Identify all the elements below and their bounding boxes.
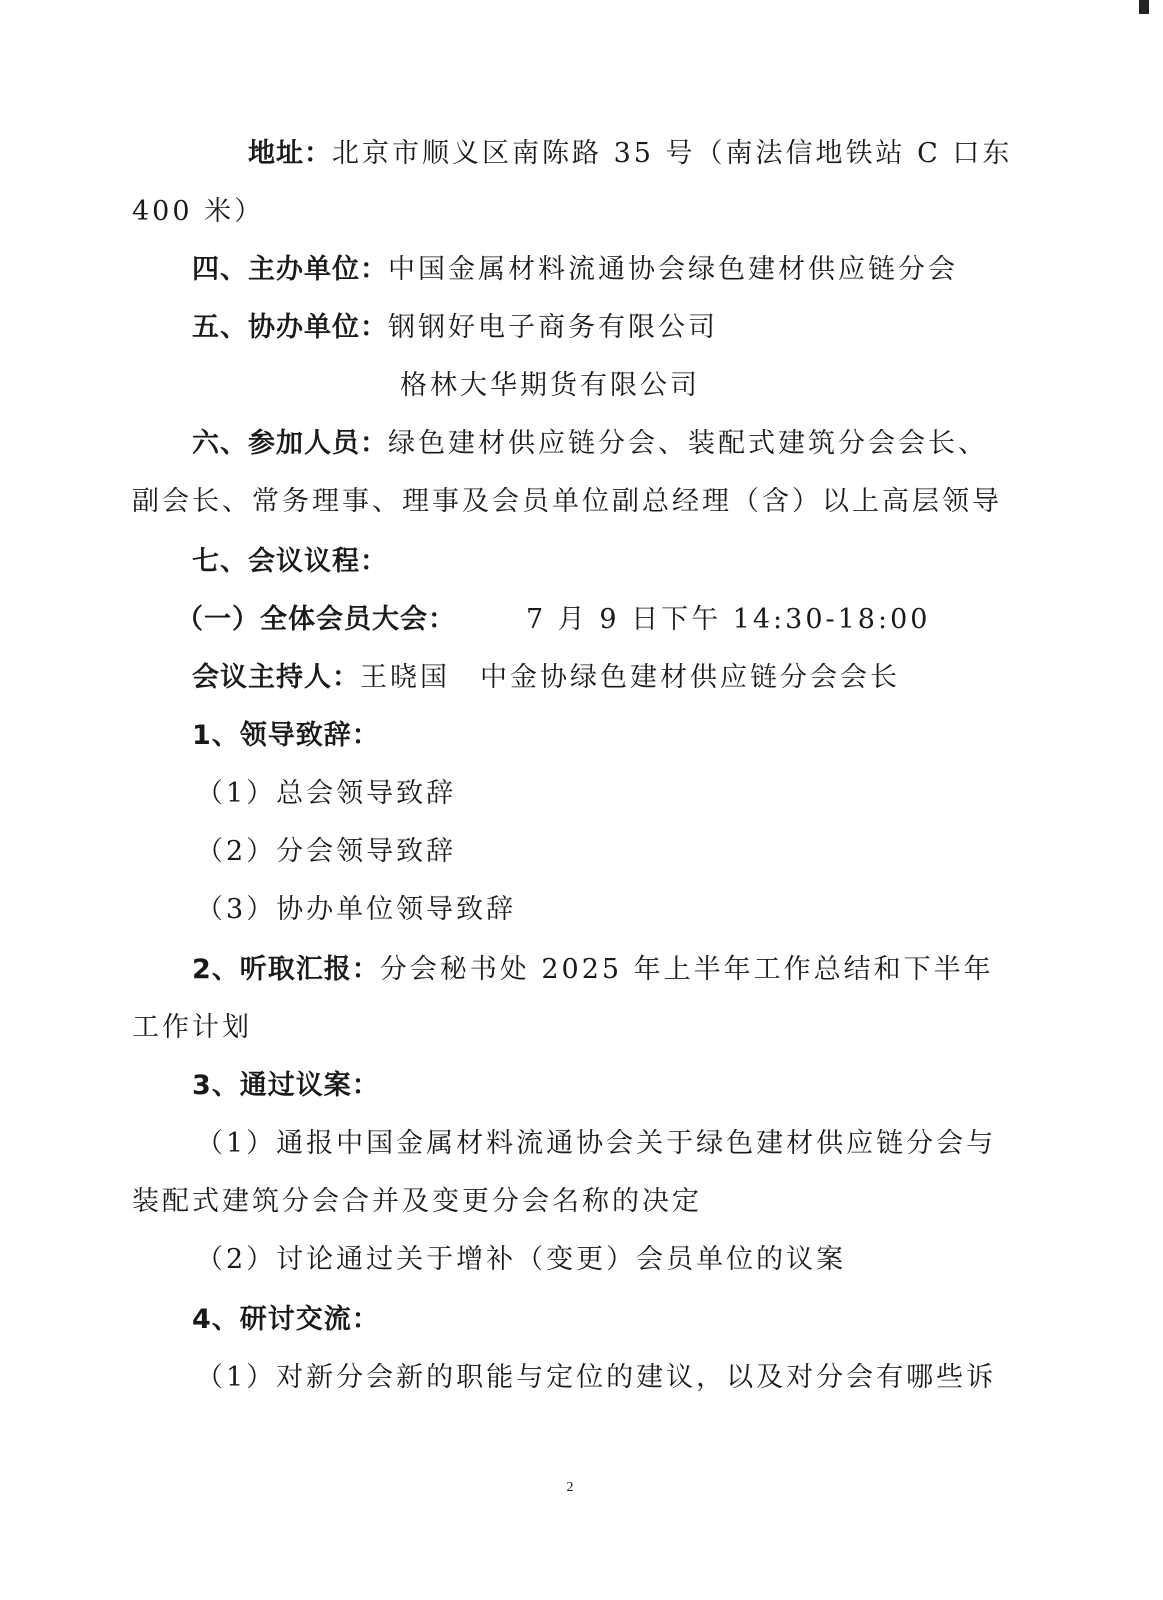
- item-2-line-2: 工作计划: [132, 1010, 252, 1046]
- scan-mark: [1139, 0, 1149, 14]
- agenda-heading: 七、会议议程：: [192, 544, 388, 580]
- item-2-label: 2、听取汇报：: [192, 954, 380, 985]
- item-4-heading: 4、研讨交流：: [192, 1302, 380, 1338]
- session-1-label: （一）全体会员大会：: [176, 604, 456, 635]
- item-1-subitem-3: （3）协办单位领导致辞: [196, 892, 516, 928]
- address-line-1: 地址：北京市顺义区南陈路 35 号（南法信地铁站 C 口东: [248, 136, 1012, 172]
- co-organizer-value-1: 钢钢好电子商务有限公司: [388, 312, 718, 343]
- participants-value: 绿色建材供应链分会、装配式建筑分会会长、: [388, 428, 988, 459]
- co-organizer-label: 五、协办单位：: [192, 312, 388, 343]
- organizer-value: 中国金属材料流通协会绿色建材供应链分会: [388, 254, 958, 285]
- item-2-line-1: 2、听取汇报：分会秘书处 2025 年上半年工作总结和下半年: [192, 952, 994, 988]
- host-name: 王晓国: [360, 662, 450, 693]
- item-3-sub-2: （2）讨论通过关于增补（变更）会员单位的议案: [196, 1242, 846, 1278]
- participants-line-2: 副会长、常务理事、理事及会员单位副总经理（含）以上高层领导: [132, 484, 1002, 520]
- co-organizer-line: 五、协办单位：钢钢好电子商务有限公司: [192, 310, 718, 346]
- address-value: 北京市顺义区南陈路 35 号（南法信地铁站 C 口东: [332, 138, 1012, 169]
- item-1-heading: 1、领导致辞：: [192, 718, 380, 754]
- host-line: 会议主持人：王晓国中金协绿色建材供应链分会会长: [192, 660, 900, 696]
- item-1-subitem-1: （1）总会领导致辞: [196, 776, 456, 812]
- item-4-sub-1-line-1: （1）对新分会新的职能与定位的建议，以及对分会有哪些诉: [196, 1360, 996, 1396]
- address-label: 地址：: [248, 138, 332, 169]
- session-1-line: （一）全体会员大会：7 月 9 日下午 14:30-18:00: [176, 602, 930, 638]
- item-3-sub-1-line-2: 装配式建筑分会合并及变更分会名称的决定: [132, 1184, 702, 1220]
- host-label: 会议主持人：: [192, 662, 360, 693]
- co-organizer-value-2: 格林大华期货有限公司: [400, 368, 700, 404]
- item-3-sub-1-line-1: （1）通报中国金属材料流通协会关于绿色建材供应链分会与: [196, 1126, 996, 1162]
- organizer-label: 四、主办单位：: [192, 254, 388, 285]
- participants-label: 六、参加人员：: [192, 428, 388, 459]
- session-1-time: 7 月 9 日下午 14:30-18:00: [526, 604, 930, 635]
- item-1-subitem-2: （2）分会领导致辞: [196, 834, 456, 870]
- participants-line-1: 六、参加人员：绿色建材供应链分会、装配式建筑分会会长、: [192, 426, 988, 462]
- document-page: 地址：北京市顺义区南陈路 35 号（南法信地铁站 C 口东 400 米） 四、主…: [0, 0, 1163, 1600]
- item-3-heading: 3、通过议案：: [192, 1068, 380, 1104]
- item-2-value: 分会秘书处 2025 年上半年工作总结和下半年: [380, 954, 994, 985]
- address-line-2: 400 米）: [132, 194, 264, 230]
- host-title: 中金协绿色建材供应链分会会长: [480, 662, 900, 693]
- page-number: 2: [0, 1480, 1140, 1496]
- organizer-line: 四、主办单位：中国金属材料流通协会绿色建材供应链分会: [192, 252, 958, 288]
